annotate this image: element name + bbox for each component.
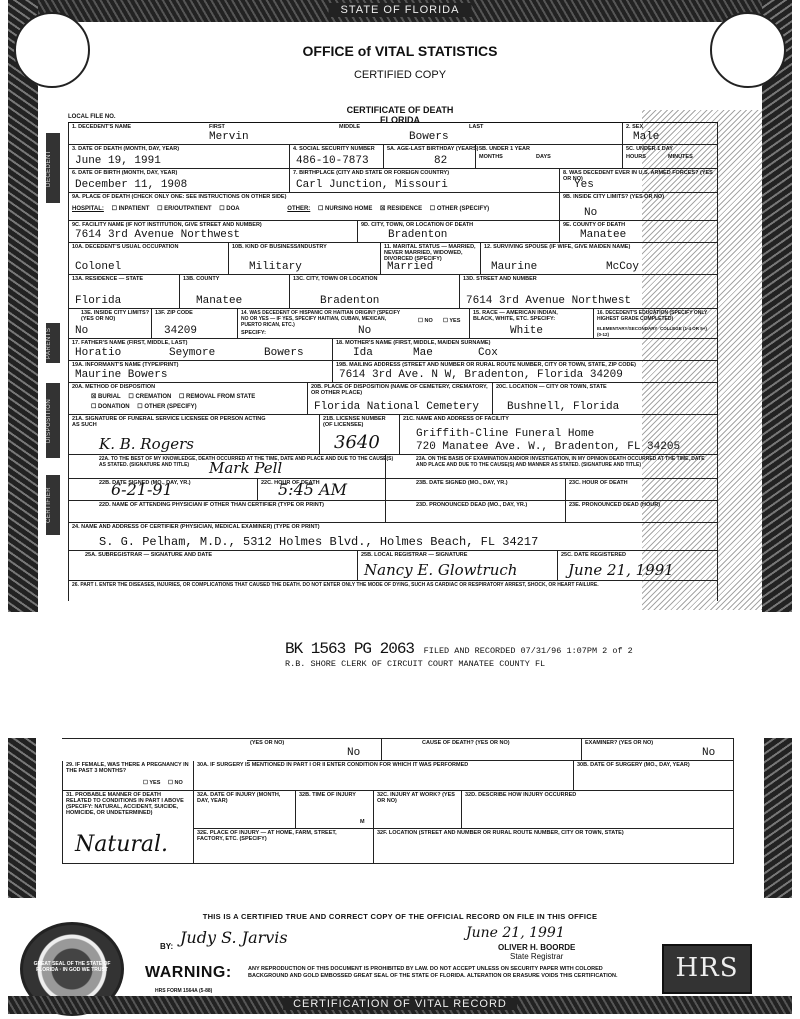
field-residence-street: 13d. STREET AND NUMBER 7614 3rd Avenue N… xyxy=(460,275,718,309)
certificate-form: DECEDENT PARENTS DISPOSITION CERTIFIER 1… xyxy=(68,122,718,611)
certifying-signature: Judy S. Jarvis xyxy=(180,928,288,947)
lower-right-border xyxy=(764,738,792,898)
field-mother-name: 18. MOTHER'S NAME (First, Middle, Maiden… xyxy=(333,339,718,361)
field-father-name: 17. FATHER'S NAME (First, Middle, Last) … xyxy=(68,339,333,361)
field-age: 5a. AGE-Last Birthday (years) 82 xyxy=(384,145,476,169)
warning-text: ANY REPRODUCTION OF THIS DOCUMENT IS PRO… xyxy=(248,966,628,980)
field-surgery-condition: 30a. IF SURGERY IS MENTIONED IN PART I o… xyxy=(194,761,574,791)
state-banner: STATE OF FLORIDA xyxy=(329,3,472,17)
field-residence-county: 13b. COUNTY Manatee xyxy=(180,275,290,309)
field-injury-description: 32d. DESCRIBE HOW INJURY OCCURRED xyxy=(462,791,734,829)
checkbox-residence[interactable]: ☒ Residence xyxy=(380,206,422,212)
field-armed-forces: 8. WAS DECEDENT EVER IN U.S. ARMED FORCE… xyxy=(560,169,718,193)
field-pronounced-dead-hour: 23e. PRONOUNCED DEAD (Hour) xyxy=(566,501,718,523)
lower-left-border xyxy=(8,738,36,898)
field-pregnancy: 29. IF FEMALE, WAS THERE A PREGNANCY IN … xyxy=(62,761,194,791)
field-date-of-injury: 32a. DATE OF INJURY (Month, Day, Year) xyxy=(194,791,296,829)
left-border xyxy=(8,0,38,612)
death-certificate: STATE OF FLORIDA OFFICE of VITAL STATIST… xyxy=(0,0,800,1019)
field-education: 16. DECEDENT'S EDUCATION (Specify only h… xyxy=(594,309,718,339)
field-funeral-licensee-signature: 21a. SIGNATURE OF FUNERAL SERVICE LICENS… xyxy=(68,415,320,455)
warning-label: WARNING: xyxy=(145,964,232,982)
field-ssn: 4. SOCIAL SECURITY NUMBER 486-10-7873 xyxy=(290,145,384,169)
field-disposition-location: 20c. LOCATION — City or Town, State Bush… xyxy=(493,383,718,415)
right-border xyxy=(762,0,792,612)
field-residence-city: 13c. CITY, TOWN OR LOCATION Bradenton xyxy=(290,275,460,309)
certification-banner: CERTIFICATION OF VITAL RECORD xyxy=(283,998,517,1010)
field-surgery-date: 30b. DATE OF SURGERY (Mo., Day, Year) xyxy=(574,761,734,791)
field-county-of-death: 9e. COUNTY OF DEATH Manatee xyxy=(560,221,718,243)
checkbox-hispanic-no[interactable]: ☐ No xyxy=(418,318,433,324)
field-time-of-injury: 32b. TIME OF INJURY M xyxy=(296,791,374,829)
checkbox-inpatient[interactable]: ☐ Inpatient xyxy=(112,206,150,212)
checkbox-donation[interactable]: ☐ Donation xyxy=(91,404,130,410)
clerk-line: R.B. SHORE CLERK OF CIRCUIT COURT MANATE… xyxy=(285,659,633,669)
checkbox-pregnancy-no[interactable]: ☐ NO xyxy=(168,780,183,786)
field-funeral-facility: 21c. NAME AND ADDRESS OF FACILITY Griffi… xyxy=(400,415,718,455)
field-residence-inside-city: 13e. INSIDE CITY LIMITS? (Yes or No) No xyxy=(68,309,152,339)
field-place-of-disposition: 20b. PLACE OF DISPOSITION (Name of cemet… xyxy=(308,383,493,415)
place-of-death-options: HOSPITAL: ☐ Inpatient ☐ ER/Outpatient ☐ … xyxy=(72,206,495,212)
field-method-of-disposition: 20a. METHOD OF DISPOSITION ☒ Burial ☐ Cr… xyxy=(68,383,308,415)
torn-gap xyxy=(0,612,800,732)
field-autopsy-findings: CAUSE OF DEATH? (Yes or No) xyxy=(382,739,582,761)
checkbox-nursing-home[interactable]: ☐ Nursing Home xyxy=(318,206,372,212)
field-birthplace: 7. BIRTHPLACE (City and State or Foreign… xyxy=(290,169,560,193)
form-number: HRS FORM 1564A (5-88) xyxy=(155,988,212,994)
field-license-number: 21b. LICENSE NUMBER (of Licensee) 3640 xyxy=(320,415,400,455)
filed-recorded: FILED AND RECORDED 07/31/96 1:07PM 2 of … xyxy=(424,646,633,656)
field-under-1-day: 5c. UNDER 1 DAY Hours Minutes xyxy=(623,145,718,169)
field-certifier-date-signed: 22b. DATE SIGNED (Mo., Day, Yr.) 6-21-91 xyxy=(68,479,258,501)
checkbox-cremation[interactable]: ☐ Cremation xyxy=(128,394,171,400)
field-informant-address: 19b. MAILING ADDRESS (Street and Number … xyxy=(333,361,718,383)
office-title: OFFICE of VITAL STATISTICS xyxy=(0,43,800,59)
checkbox-doa[interactable]: ☐ DOA xyxy=(219,206,239,212)
field-manner-of-death: 31. PROBABLE MANNER OF DEATH RELATED TO … xyxy=(62,791,194,864)
field-hispanic-origin: 14. WAS DECEDENT OF HISPANIC OR HAITIAN … xyxy=(238,309,470,339)
field-place-of-injury: 32e. PLACE OF INJURY — At home, farm, st… xyxy=(194,829,374,864)
field-residence-state: 13a. RESIDENCE — STATE Florida xyxy=(68,275,180,309)
field-local-registrar: 25b. LOCAL REGISTRAR — SIGNATURE Nancy E… xyxy=(358,551,558,581)
side-tab-disposition: DISPOSITION xyxy=(46,383,60,458)
lower-form: (Yes or No) No CAUSE OF DEATH? (Yes or N… xyxy=(62,738,734,864)
field-facility-name: 9c. FACILITY NAME (If not institution, g… xyxy=(68,221,358,243)
field-certifier-name-address: 24. NAME AND ADDRESS OF CERTIFIER (PHYSI… xyxy=(68,523,718,551)
checkbox-removal[interactable]: ☐ Removal from State xyxy=(179,394,255,400)
field-inside-city-limits-death: 9b. INSIDE CITY LIMITS? (Yes or No) No xyxy=(560,193,718,221)
side-tab-decedent: DECEDENT xyxy=(46,133,60,203)
field-informant-name: 19a. INFORMANT'S NAME (Type/Print) Mauri… xyxy=(68,361,333,383)
field-city-of-death: 9d. CITY, TOWN, OR LOCATION OF DEATH Bra… xyxy=(358,221,560,243)
field-me-signature: 23a. On the basis of examination and/or … xyxy=(386,455,718,479)
field-certifier-hour-of-death: 22c. HOUR OF DEATH 5:45 AM xyxy=(258,479,386,501)
recording-stamp: BK 1563 PG 2063 FILED AND RECORDED 07/31… xyxy=(285,640,633,669)
field-marital-status: 11. MARITAL STATUS — Married, Never Marr… xyxy=(381,243,481,275)
checkbox-burial[interactable]: ☒ Burial xyxy=(91,394,121,400)
field-subregistrar: 25a. SUBREGISTRAR — SIGNATURE AND DATE xyxy=(68,551,358,581)
field-pronounced-dead-date: 23d. PRONOUNCED DEAD (Mo., Day, Yr.) xyxy=(386,501,566,523)
field-business-industry: 10b. KIND OF BUSINESS/INDUSTRY Military xyxy=(229,243,381,275)
state-registrar: OLIVER H. BOORDE State Registrar xyxy=(498,943,575,961)
hrs-logo: HRS xyxy=(662,944,752,994)
field-sex: 2. SEX Male xyxy=(623,123,718,145)
top-border: STATE OF FLORIDA xyxy=(8,0,792,22)
checkbox-other-disposition[interactable]: ☐ Other (Specify) xyxy=(137,404,196,410)
checkbox-pregnancy-yes[interactable]: ☐ YES xyxy=(143,780,160,786)
field-injury-location: 32f. LOCATION (Street and Number or Rura… xyxy=(374,829,734,864)
by-label: BY: xyxy=(160,942,173,951)
book-page: BK 1563 PG 2063 xyxy=(285,640,414,658)
field-zip-code: 13f. ZIP CODE 34209 xyxy=(152,309,238,339)
field-date-registered: 25c. DATE REGISTERED June 21, 1991 xyxy=(558,551,718,581)
field-cause-part-1: 26. PART I. Enter the diseases, injuries… xyxy=(68,581,718,601)
field-surviving-spouse: 12. SURVIVING SPOUSE (If wife, give maid… xyxy=(481,243,718,275)
checkbox-er-outpatient[interactable]: ☐ ER/Outpatient xyxy=(157,206,212,212)
field-decedent-name: 1. DECEDENT'S NAME FIRST MIDDLE LAST Mer… xyxy=(68,123,623,145)
local-file-label: LOCAL FILE NO. xyxy=(68,114,116,120)
certification-date: June 21, 1991 xyxy=(466,925,565,941)
field-injury-at-work: 32c. INJURY AT WORK? (Yes or No) xyxy=(374,791,462,829)
side-tab-certifier: CERTIFIER xyxy=(46,475,60,535)
field-under-1-year: 5b. UNDER 1 YEAR Months Days xyxy=(476,145,623,169)
field-date-of-birth: 6. DATE OF BIRTH (Month, Day, Year) Dece… xyxy=(68,169,290,193)
field-me-date-signed: 23b. DATE SIGNED (Mo., Day, Yr.) xyxy=(386,479,566,501)
field-place-of-death: 9a. PLACE OF DEATH (Check only one: see … xyxy=(68,193,560,221)
side-tab-parents: PARENTS xyxy=(46,323,60,363)
certification-statement: THIS IS A CERTIFIED TRUE AND CORRECT COP… xyxy=(0,912,800,921)
field-attending-physician: 22d. NAME OF ATTENDING PHYSICIAN IF OTHE… xyxy=(68,501,386,523)
certified-copy: CERTIFIED COPY xyxy=(0,69,800,81)
field-race: 15. RACE — American Indian, Black, White… xyxy=(470,309,594,339)
checkbox-hispanic-yes[interactable]: ☐ Yes xyxy=(443,318,460,324)
field-me-hour-of-death: 23c. HOUR OF DEATH xyxy=(566,479,718,501)
field-autopsy: (Yes or No) No xyxy=(247,739,382,761)
checkbox-other[interactable]: ☐ Other (Specify) xyxy=(430,206,489,212)
field-medical-examiner: EXAMINER? (Yes or No) No xyxy=(582,739,734,761)
bottom-border: CERTIFICATION OF VITAL RECORD xyxy=(8,996,792,1014)
field-certifier-signature: 22a. To the best of my knowledge, death … xyxy=(68,455,386,479)
field-date-of-death: 3. DATE OF DEATH (Month, Day, Year) June… xyxy=(68,145,290,169)
field-occupation: 10a. DECEDENT'S USUAL OCCUPATION Colonel xyxy=(68,243,229,275)
